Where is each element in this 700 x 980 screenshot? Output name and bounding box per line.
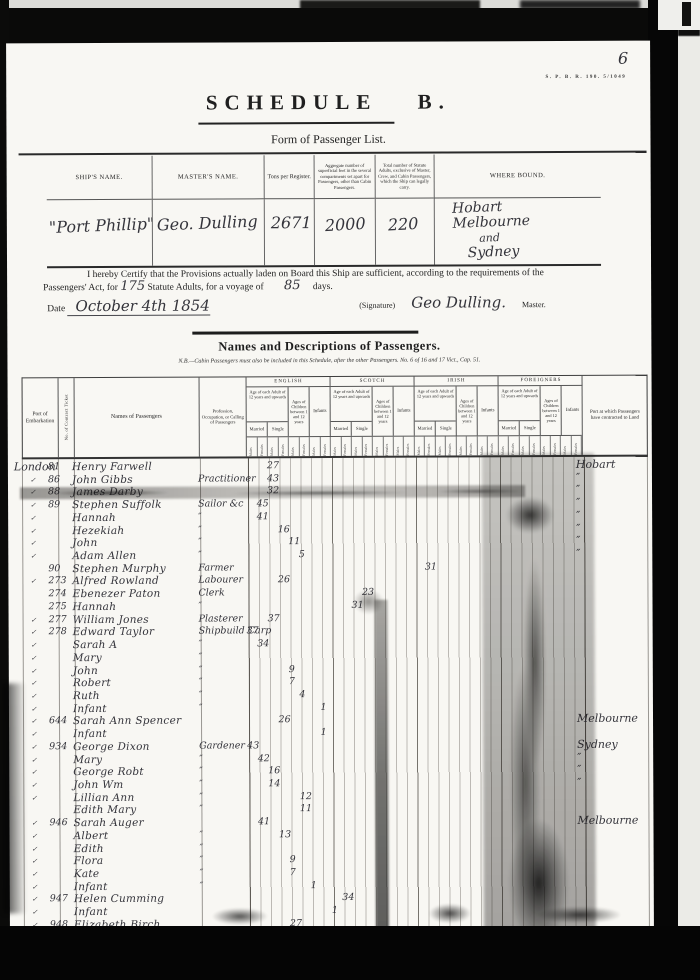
adult-age-label: Age of each Adult of 12 years and upward… <box>247 387 288 421</box>
profession: Sailor &c <box>198 499 243 511</box>
males-females-strip: MalesFemalesMalesFemalesMalesFemalesMale… <box>247 435 582 456</box>
passenger-name: Infant <box>74 906 108 918</box>
check-mark: ✓ <box>31 741 37 753</box>
age-value: 32 <box>267 486 279 498</box>
profession: ″ <box>199 677 203 689</box>
title-rule <box>198 122 394 125</box>
form-subtitle: Form of Passenger List. <box>6 131 650 149</box>
contract-ticket-number: 275 <box>48 601 66 613</box>
passenger-table-header: Port of Embarkation No. of Contract Tick… <box>22 375 648 460</box>
master-name-header: MASTER'S NAME. <box>152 155 264 199</box>
females-subcolumn: Females <box>279 437 290 456</box>
age-value: 42 <box>258 753 270 765</box>
females-subcolumn: Females <box>509 436 520 455</box>
landing-port: ″ <box>576 484 580 496</box>
females-subcolumn: Females <box>258 437 269 456</box>
check-mark: ✓ <box>31 652 37 664</box>
females-subcolumn: Females <box>467 436 478 455</box>
age-value: 5 <box>299 549 305 561</box>
contract-ticket-number: 274 <box>48 588 66 600</box>
where-bound-lines: Hobart Melbourne and Sydney <box>452 199 532 262</box>
age-value: 37 <box>268 613 280 625</box>
contract-ticket-number: 273 <box>48 576 66 588</box>
profession: Gardener <box>199 740 245 752</box>
age-value: 1 <box>311 880 317 892</box>
married-single-row: MarriedSingle <box>247 421 288 436</box>
master-name-value: Geo. Dulling <box>152 199 264 265</box>
males-subcolumn: Males <box>247 437 258 456</box>
profession: ″ <box>200 842 204 854</box>
group-columns: Age of each Adult of 12 years and upward… <box>331 387 414 436</box>
passenger-name: Stephen Suffolk <box>72 499 162 511</box>
children-age-column: Ages of Children between 1 and 12 years <box>541 386 562 435</box>
married-single-row: MarriedSingle <box>499 420 540 435</box>
profession: ″ <box>200 868 204 880</box>
check-mark: ✓ <box>32 881 38 893</box>
check-mark: ✓ <box>31 716 37 728</box>
adult-age-column: Age of each Adult of 12 years and upward… <box>415 386 457 435</box>
group-name: Irish <box>415 376 498 386</box>
profession: Clerk <box>198 588 224 600</box>
age-value: 9 <box>290 854 296 866</box>
males-subcolumn: Males <box>478 436 489 455</box>
passenger-name: Infant <box>73 728 107 740</box>
children-age-column: Ages of Children between 1 and 12 years <box>457 386 478 435</box>
passenger-name: Ebenezer Paton <box>72 588 160 600</box>
passenger-name: Infant <box>74 881 108 893</box>
film-sprocket-strip <box>678 0 700 980</box>
contract-ticket-number: 644 <box>49 716 67 728</box>
age-value: 34 <box>257 638 269 650</box>
married-label: Married <box>415 422 436 436</box>
passenger-name: Ruth <box>73 690 100 702</box>
single-label: Single <box>268 422 289 436</box>
males-subcolumn: Males <box>352 437 363 456</box>
age-value: 1 <box>332 905 338 917</box>
age-value: 43 <box>247 740 259 752</box>
passenger-name: Lillian Ann <box>73 792 134 804</box>
date-line: Date October 4th 1854 <box>47 297 210 316</box>
passenger-name: William Jones <box>73 613 149 625</box>
superficial-feet-value: 2000 <box>314 199 375 265</box>
age-value: 13 <box>279 829 291 841</box>
age-value: 41 <box>257 511 269 523</box>
check-mark: ✓ <box>30 499 36 511</box>
age-value: 41 <box>258 816 270 828</box>
children-age-column: Ages of Children between 1 and 12 years <box>289 387 310 436</box>
microfilm-frame: 6 S. P. B. R. 190. 5/1049 SCHEDULE B. Fo… <box>0 0 700 980</box>
passenger-name: George Robt <box>73 766 144 778</box>
horizontal-rule <box>192 331 418 334</box>
age-value: 45 <box>257 498 269 510</box>
check-mark: ✓ <box>30 538 36 550</box>
check-mark: ✓ <box>31 728 37 740</box>
females-subcolumn: Females <box>341 437 352 456</box>
passengers-section-title: Names and Descriptions of Passengers. <box>7 338 651 356</box>
males-subcolumn: Males <box>519 436 530 455</box>
adult-age-label: Age of each Adult of 12 years and upward… <box>331 387 372 421</box>
age-value: 43 <box>267 473 279 485</box>
check-mark: ✓ <box>32 843 38 855</box>
landing-port: ″ <box>576 548 580 560</box>
children-age-column: Ages of Children between 1 and 12 years <box>373 387 394 436</box>
passenger-name: John <box>72 537 97 549</box>
age-value: 16 <box>268 765 280 777</box>
females-subcolumn: Females <box>300 437 311 456</box>
passenger-name: Alfred Rowland <box>72 575 159 587</box>
contract-ticket-number: 947 <box>50 894 68 906</box>
males-subcolumn: Males <box>331 437 342 456</box>
passenger-name: Mary <box>73 652 102 664</box>
profession: ″ <box>199 753 203 765</box>
adult-age-column: Age of each Adult of 12 years and upward… <box>499 386 541 435</box>
profession: ″ <box>198 524 202 536</box>
single-label: Single <box>436 421 457 435</box>
age-value: 4 <box>299 689 305 701</box>
film-corner-patch <box>658 0 700 30</box>
age-value: 9 <box>289 664 295 676</box>
certification-text: I hereby Certify that the Provisions act… <box>43 267 617 295</box>
passenger-name: Robert <box>73 677 111 689</box>
landing-port: ″ <box>576 472 580 484</box>
check-mark: ✓ <box>31 754 37 766</box>
females-subcolumn: Females <box>362 437 373 456</box>
profession: ″ <box>198 511 202 523</box>
check-mark: ✓ <box>31 678 37 690</box>
males-subcolumn: Males <box>457 436 468 455</box>
landing-port: ″ <box>576 497 580 509</box>
passenger-name: Edward Taylor <box>73 626 155 638</box>
contract-ticket-number: 946 <box>49 817 67 829</box>
age-value: 27 <box>267 460 279 472</box>
landing-port: Sydney <box>577 739 618 751</box>
profession: ″ <box>199 651 203 663</box>
infants-column: Infants <box>562 386 583 435</box>
film-top-band <box>0 8 662 44</box>
check-mark: ✓ <box>31 614 37 626</box>
profession: ″ <box>199 791 203 803</box>
check-mark: ✓ <box>32 894 38 906</box>
males-subcolumn: Males <box>498 436 509 455</box>
passenger-name: Infant <box>73 703 107 715</box>
married-single-row: MarriedSingle <box>415 420 456 435</box>
profession: Shipbuild Carp <box>199 626 272 638</box>
group-name: Scotch <box>331 377 414 387</box>
males-subcolumn: Males <box>310 437 321 456</box>
certification-line2: Passengers' Act, for 175 Statute Adults,… <box>43 279 617 295</box>
infants-column: Infants <box>310 387 331 436</box>
passenger-name: Stephen Murphy <box>72 562 166 574</box>
landing-port: ″ <box>576 523 580 535</box>
passenger-name: John <box>73 665 98 677</box>
adult-age-label: Age of each Adult of 12 years and upward… <box>415 386 456 420</box>
nationality-group: IrishAge of each Adult of 12 years and u… <box>415 376 499 435</box>
landing-port: Melbourne <box>577 815 638 827</box>
age-value: 11 <box>288 536 300 548</box>
profession: Practitioner <box>198 473 256 485</box>
nationality-group-row: EnglishAge of each Adult of 12 years and… <box>247 376 582 436</box>
profession: ″ <box>199 690 203 702</box>
statute-adults-header: Total number of Statute Adults, exclusiv… <box>375 155 434 199</box>
ship-info-header-row: SHIP'S NAME. MASTER'S NAME. Tons per Reg… <box>47 154 601 200</box>
adult-age-column: Age of each Adult of 12 years and upward… <box>331 387 373 436</box>
signature-line: (Signature) Geo Dulling. Master. <box>359 293 546 312</box>
check-mark: ✓ <box>30 487 36 499</box>
passenger-name: Flora <box>74 855 104 867</box>
age-value: 1 <box>321 727 327 739</box>
contract-ticket-number: 81 <box>48 461 60 473</box>
tons-header: Tons per Register. <box>264 155 314 199</box>
check-mark: ✓ <box>31 627 37 639</box>
age-value: 12 <box>300 791 312 803</box>
profession: ″ <box>199 766 203 778</box>
passenger-name: Sarah Auger <box>73 817 143 829</box>
females-subcolumn: Females <box>530 436 541 455</box>
check-mark: ✓ <box>31 792 37 804</box>
landing-port: ″ <box>576 510 580 522</box>
landing-port: Melbourne <box>577 713 638 725</box>
males-subcolumn: Males <box>373 437 384 456</box>
nationality-group: EnglishAge of each Adult of 12 years and… <box>247 377 331 436</box>
group-name: English <box>247 377 330 387</box>
contract-ticket-number: 86 <box>48 474 60 486</box>
profession: ″ <box>199 702 203 714</box>
contract-ticket-number: 934 <box>49 741 67 753</box>
ship-info-table: SHIP'S NAME. MASTER'S NAME. Tons per Reg… <box>47 154 601 268</box>
passenger-name: Helen Cumming <box>74 893 165 905</box>
contract-ticket-number: 278 <box>49 627 67 639</box>
profession: ″ <box>199 779 203 791</box>
females-subcolumn: Females <box>383 437 394 456</box>
check-mark: ✓ <box>32 856 38 868</box>
passenger-name: Albert <box>73 830 108 842</box>
age-value: 37 <box>247 626 259 638</box>
age-value: 1 <box>320 702 326 714</box>
ship-info-value-row: "Port Phillip" Geo. Dulling 2671 2000 22… <box>47 198 601 266</box>
males-subcolumn: Males <box>540 436 551 455</box>
infants-column: Infants <box>394 387 415 436</box>
profession: ″ <box>200 855 204 867</box>
check-mark: ✓ <box>30 512 36 524</box>
ship-name-header: SHIP'S NAME. <box>47 156 152 200</box>
married-label: Married <box>247 422 268 436</box>
contract-ticket-number: 90 <box>48 563 60 575</box>
age-value: 31 <box>425 561 437 573</box>
passenger-name: George Dixon <box>73 741 150 753</box>
profession: ″ <box>199 664 203 676</box>
landing-port: ″ <box>577 777 581 789</box>
profession: ″ <box>199 804 203 816</box>
check-mark: ✓ <box>31 639 37 651</box>
date-handwritten: October 4th 1854 <box>67 297 209 317</box>
single-label: Single <box>352 422 373 436</box>
contract-ticket-number: 89 <box>48 499 60 511</box>
females-subcolumn: Females <box>446 436 457 455</box>
females-subcolumn: Females <box>404 437 415 456</box>
profession: Labourer <box>198 575 243 587</box>
check-mark: ✓ <box>30 550 36 562</box>
statute-adults-value: 220 <box>375 199 434 265</box>
film-artifact <box>682 2 691 26</box>
females-subcolumn: Females <box>572 436 583 455</box>
check-mark: ✓ <box>30 474 36 486</box>
passenger-name: Sarah A <box>73 639 118 651</box>
archive-stamp: S. P. B. R. 190. 5/1049 <box>545 75 626 80</box>
profession: Farmer <box>198 562 233 574</box>
ship-name-value: "Port Phillip" <box>47 200 152 266</box>
age-value: 23 <box>362 587 374 599</box>
passenger-name: Sarah Ann Spencer <box>73 715 181 727</box>
page-number-mark: 6 <box>618 49 628 68</box>
names-header: Names of Passengers <box>74 378 199 458</box>
profession: ″ <box>198 600 202 612</box>
check-mark: ✓ <box>32 906 38 918</box>
age-value: 7 <box>289 676 295 688</box>
contract-ticket-number: 88 <box>48 487 60 499</box>
age-value: 16 <box>278 524 290 536</box>
check-mark: ✓ <box>31 817 37 829</box>
passenger-name: Edith Mary <box>73 804 136 816</box>
age-value: 11 <box>300 804 312 816</box>
where-bound-value: Hobart Melbourne and Sydney <box>434 198 601 265</box>
males-subcolumn: Males <box>415 437 426 456</box>
nationality-groups: EnglishAge of each Adult of 12 years and… <box>247 376 583 456</box>
age-value: 34 <box>342 892 354 904</box>
nb-note: N.B.—Cabin Passengers must also be inclu… <box>7 357 651 366</box>
married-label: Married <box>331 422 352 436</box>
passenger-name: Kate <box>74 868 100 880</box>
infants-column: Infants <box>478 386 499 435</box>
schedule-title: SCHEDULE B. <box>6 89 650 117</box>
passenger-name: Hezekiah <box>72 524 124 536</box>
contract-ticket-number: 277 <box>49 614 67 626</box>
group-columns: Age of each Adult of 12 years and upward… <box>247 387 330 436</box>
voyage-days-handwritten: 85 <box>266 278 311 293</box>
adult-age-label: Age of each Adult of 12 years and upward… <box>499 386 540 420</box>
profession: Plasterer <box>199 613 243 625</box>
landing-port: ″ <box>576 535 580 547</box>
males-subcolumn: Males <box>436 436 447 455</box>
passenger-name: Edith <box>74 843 104 855</box>
females-subcolumn: Females <box>425 437 436 456</box>
passenger-name: Mary <box>73 754 102 766</box>
profession: ″ <box>199 639 203 651</box>
check-mark: ✓ <box>31 779 37 791</box>
single-label: Single <box>520 421 541 435</box>
females-subcolumn: Females <box>488 436 499 455</box>
married-single-row: MarriedSingle <box>331 421 372 436</box>
males-subcolumn: Males <box>289 437 300 456</box>
group-columns: Age of each Adult of 12 years and upward… <box>415 386 498 435</box>
passenger-table-body: London81Henry Farwell27Hobart✓86John Gib… <box>8 457 654 930</box>
passenger-name: John Wm <box>73 779 123 791</box>
check-mark: ✓ <box>31 690 37 702</box>
age-value: 14 <box>268 778 280 790</box>
check-mark: ✓ <box>31 830 37 842</box>
landing-port-header: Port at which Passengers have contracted… <box>583 376 647 455</box>
film-bottom-band <box>0 926 700 980</box>
age-value: 26 <box>278 715 290 727</box>
passenger-name: Henry Farwell <box>72 461 152 473</box>
males-subcolumn: Males <box>268 437 279 456</box>
tons-value: 2671 <box>264 199 314 265</box>
check-mark: ✓ <box>30 576 36 588</box>
where-bound-header: WHERE BOUND. <box>434 154 601 199</box>
married-label: Married <box>499 421 520 435</box>
profession: ″ <box>198 550 202 562</box>
landing-port: ″ <box>577 764 581 776</box>
age-value: 31 <box>351 600 363 612</box>
age-value: 7 <box>290 867 296 879</box>
landing-port: ″ <box>577 751 581 763</box>
check-mark: ✓ <box>31 703 37 715</box>
port-of-embarkation-header: Port of Embarkation <box>23 378 59 457</box>
passenger-name: John Gibbs <box>72 474 133 486</box>
males-subcolumn: Males <box>561 436 572 455</box>
nationality-group: ScotchAge of each Adult of 12 years and … <box>331 377 415 436</box>
master-signature: Geo Dulling. <box>397 293 520 312</box>
nationality-group: ForeignersAge of each Adult of 12 years … <box>499 376 583 435</box>
check-mark: ✓ <box>31 665 37 677</box>
group-name: Foreigners <box>499 376 583 386</box>
adult-age-column: Age of each Adult of 12 years and upward… <box>247 387 289 436</box>
passenger-name: Adam Allen <box>72 550 136 562</box>
profession: ″ <box>198 537 202 549</box>
females-subcolumn: Females <box>320 437 331 456</box>
contract-ticket-header: No. of Contract Ticket <box>58 378 74 457</box>
profession: ″ <box>199 829 203 841</box>
check-mark: ✓ <box>30 525 36 537</box>
check-mark: ✓ <box>31 767 37 779</box>
check-mark: ✓ <box>32 868 38 880</box>
document-page: 6 S. P. B. R. 190. 5/1049 SCHEDULE B. Fo… <box>6 41 654 932</box>
statute-adults-handwritten: 175 <box>120 279 145 294</box>
superficial-feet-header: Aggregate number of superficial feet in … <box>314 155 375 199</box>
profession: ″ <box>200 880 204 892</box>
passenger-name: James Darby <box>72 486 143 498</box>
passenger-name: Hannah <box>72 601 116 613</box>
males-subcolumn: Males <box>394 437 405 456</box>
profession-header: Profession, Occupation, or Calling of Pa… <box>199 377 247 456</box>
age-value: 26 <box>278 575 290 587</box>
females-subcolumn: Females <box>551 436 562 455</box>
group-columns: Age of each Adult of 12 years and upward… <box>499 386 583 435</box>
passenger-name: Hannah <box>72 512 116 524</box>
landing-port: Hobart <box>576 459 616 471</box>
